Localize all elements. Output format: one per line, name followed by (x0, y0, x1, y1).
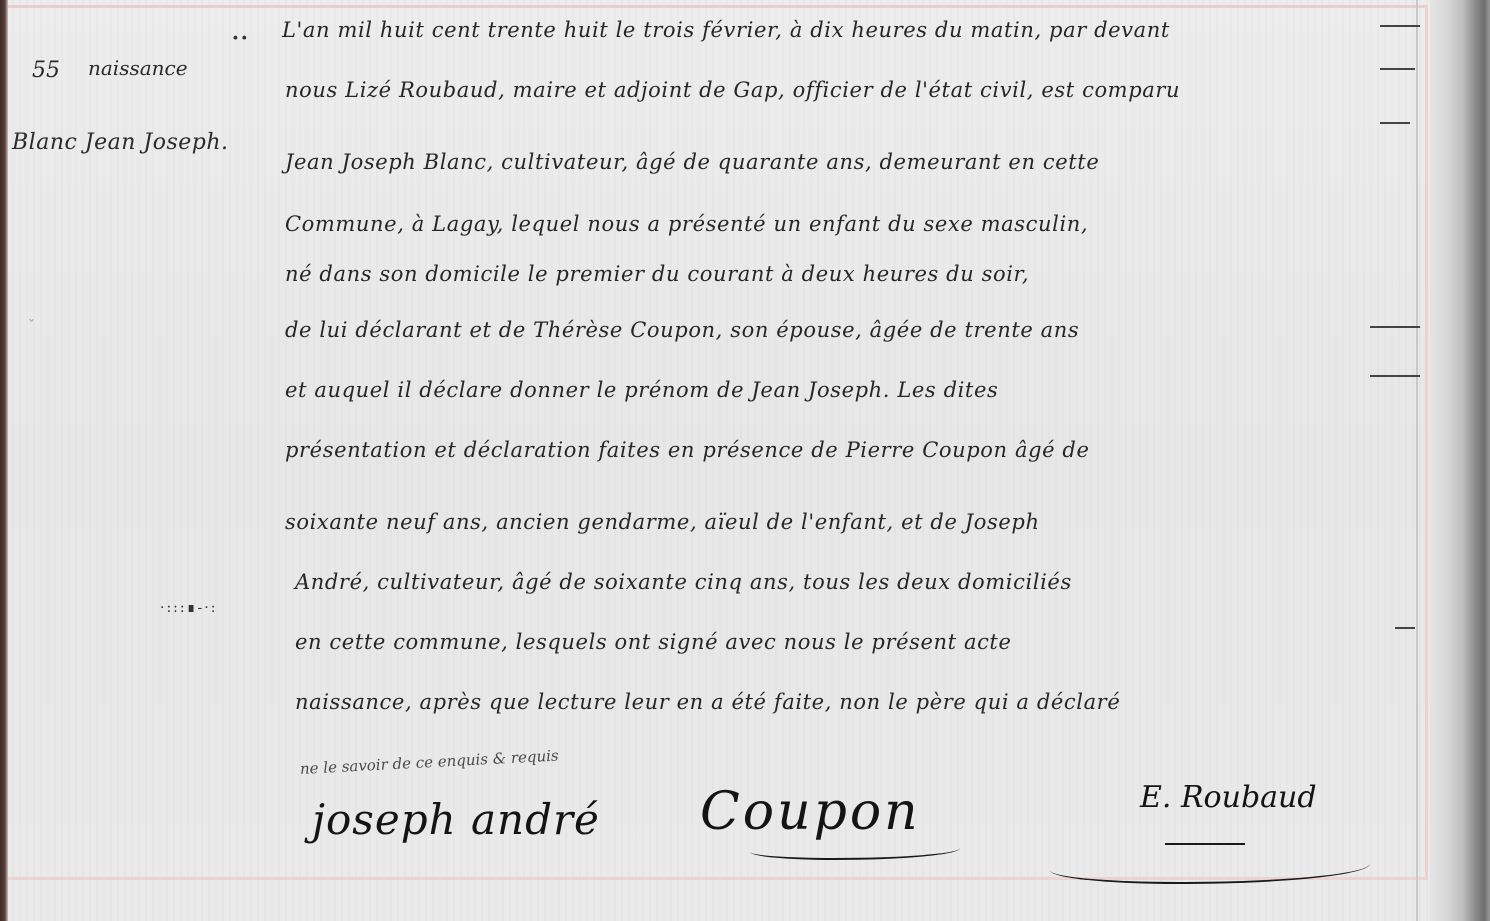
record-line-5: né dans son domicile le premier du coura… (285, 262, 1029, 286)
margin-ink-mark: ·:::∎-·: (160, 600, 217, 616)
record-line-8: présentation et déclaration faites en pr… (285, 438, 1089, 462)
record-line-9: soixante neuf ans, ancien gendarme, aïeu… (285, 510, 1040, 534)
record-line-2: nous Lizé Roubaud, maire et adjoint de G… (285, 78, 1180, 102)
margin-dots-mark: ∙∙ (232, 30, 250, 46)
page-left-edge (0, 0, 8, 921)
record-line-3: Jean Joseph Blanc, cultivateur, âgé de q… (285, 150, 1099, 174)
line-filler-dash (1370, 326, 1420, 328)
line-filler-dash (1380, 25, 1420, 27)
record-line-10: André, cultivateur, âgé de soixante cinq… (295, 570, 1072, 594)
entry-type: naissance (88, 56, 188, 80)
record-line-12: naissance, après que lecture leur en a é… (295, 690, 1120, 714)
signature-coupon: Coupon (700, 782, 921, 842)
ruled-margin-right (1425, 5, 1428, 880)
line-filler-dash (1380, 68, 1415, 70)
signature-coupon-flourish (750, 840, 960, 860)
line-filler-dash (1395, 627, 1415, 629)
record-line-6: de lui déclarant et de Thérèse Coupon, s… (285, 318, 1079, 342)
record-line-13: ne le savoir de ce enquis & requis (300, 746, 560, 778)
record-line-11: en cette commune, lesquels ont signé ave… (295, 630, 1012, 654)
register-page: 55 naissance Blanc Jean Joseph. ∙∙ ·:::∎… (0, 0, 1490, 921)
entry-subject-name: Blanc Jean Joseph. (12, 130, 229, 155)
margin-small-mark: ˇ (28, 318, 37, 334)
ruled-margin-top (8, 5, 1428, 8)
record-line-7: et auquel il déclare donner le prénom de… (285, 378, 998, 402)
line-filler-dash (1380, 122, 1410, 124)
line-filler-dash (1370, 375, 1420, 377)
book-binding (1430, 0, 1490, 921)
entry-number: 55 (32, 58, 60, 83)
record-line-4: Commune, à Lagay, lequel nous a présenté… (285, 212, 1088, 236)
signature-joseph-andre: joseph andré (312, 795, 600, 844)
signature-mayor-underline (1165, 843, 1245, 845)
record-line-1: L'an mil huit cent trente huit le trois … (282, 18, 1170, 42)
signature-mayor: E. Roubaud (1140, 780, 1317, 815)
binding-crease (1416, 0, 1418, 921)
